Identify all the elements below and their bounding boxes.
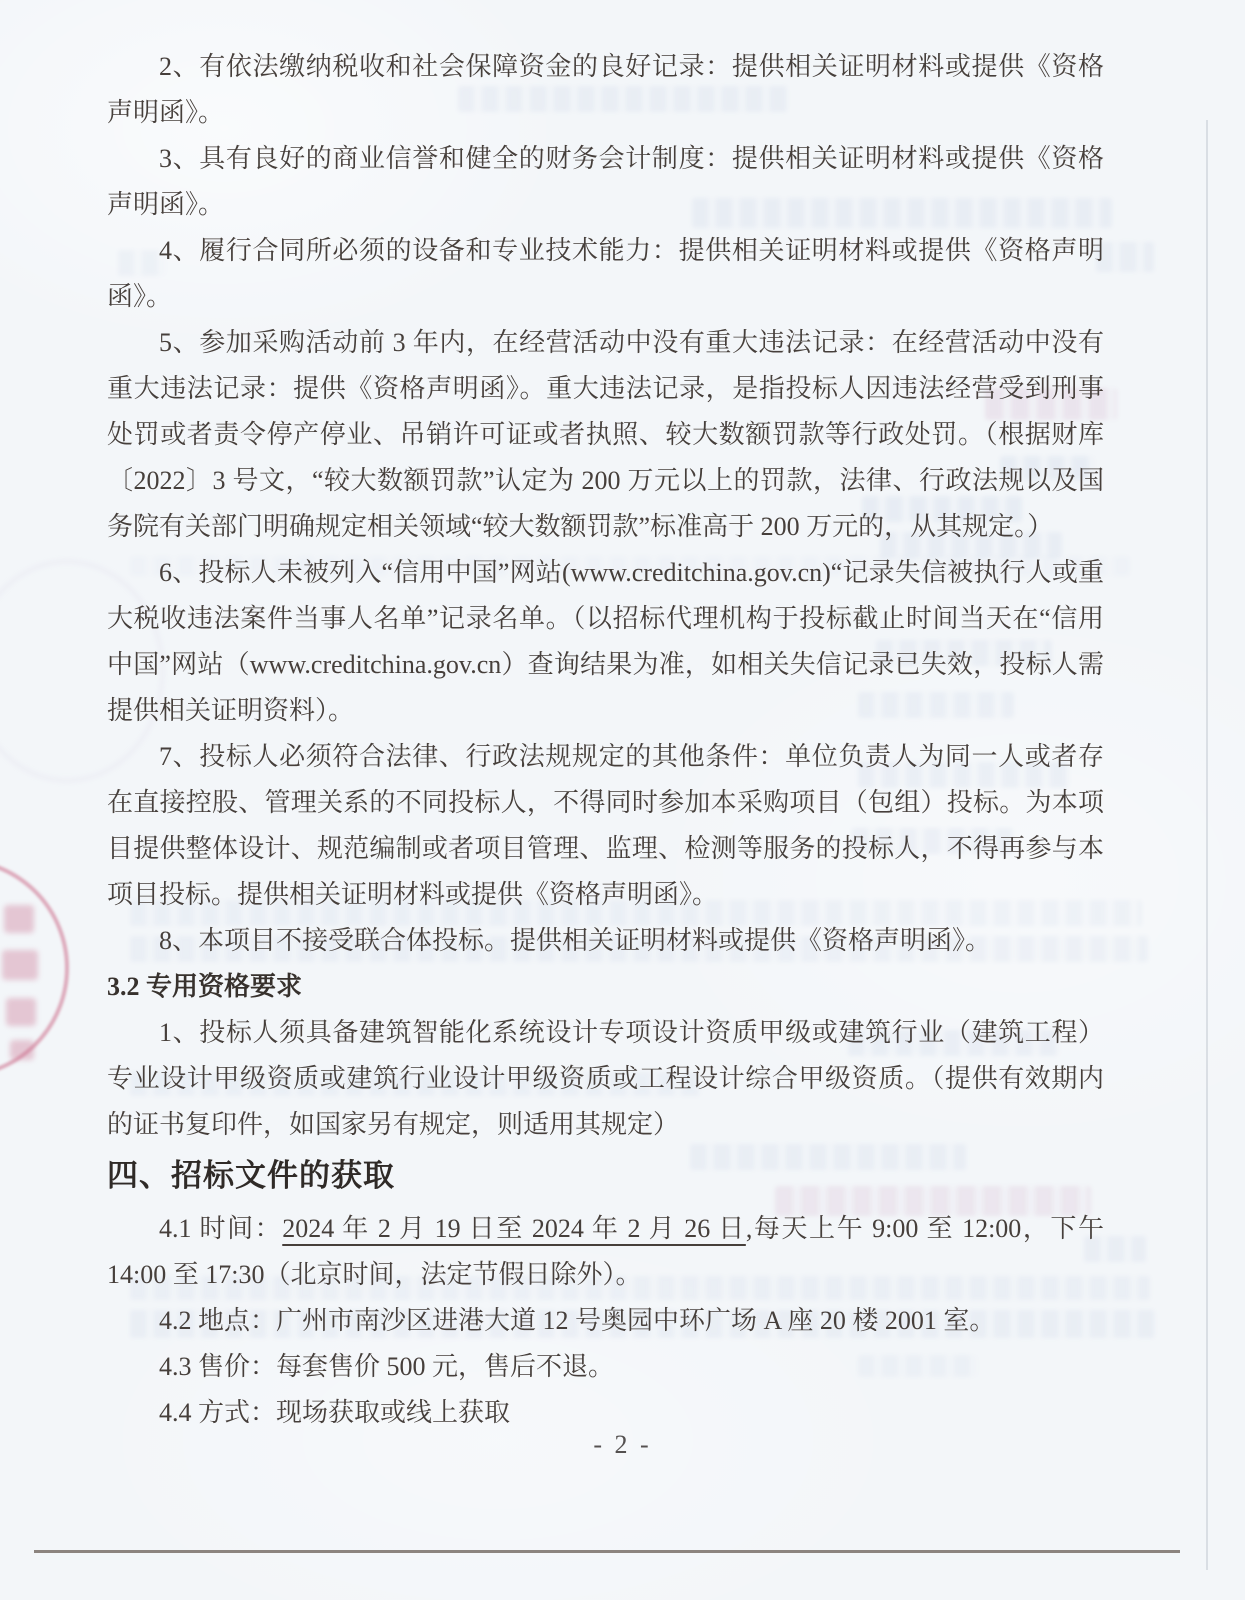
bleedthrough-smudge: [1096, 242, 1154, 272]
item-4-3: 4.3 售价：每套售价 500 元，售后不退。: [107, 1344, 1104, 1390]
clause-4-paragraph: 4、履行合同所必须的设备和专业技术能力：提供相关证明材料或提供《资格声明函》。: [107, 228, 1104, 320]
scanned-tender-document-page: 2、有依法缴纳税收和社会保障资金的良好记录：提供相关证明材料或提供《资格声明函》…: [0, 0, 1245, 1600]
clause-2-paragraph: 2、有依法缴纳税收和社会保障资金的良好记录：提供相关证明材料或提供《资格声明函》…: [107, 44, 1104, 136]
red-stamp-text-blur: [4, 905, 34, 933]
clause-5-paragraph: 5、参加采购活动前 3 年内，在经营活动中没有重大违法记录：在经营活动中没有重大…: [107, 320, 1104, 550]
red-stamp-text-blur: [10, 1040, 34, 1060]
paper-right-edge-shadow: [1206, 120, 1208, 1570]
clause-7-paragraph: 7、投标人必须符合法律、行政法规规定的其他条件：单位负责人为同一人或者存在直接控…: [107, 734, 1104, 918]
item-4-2: 4.2 地点：广州市南沙区进港大道 12 号奥园中环广场 A 座 20 楼 20…: [107, 1298, 1104, 1344]
clause-6-paragraph: 6、投标人未被列入“信用中国”网站(www.creditchina.gov.cn…: [107, 550, 1104, 734]
section-3-2-clause-1: 1、投标人须具备建筑智能化系统设计专项设计资质甲级或建筑行业（建筑工程）专业设计…: [107, 1010, 1104, 1148]
page-number: - 2 -: [0, 1430, 1245, 1460]
red-stamp-text-blur: [2, 950, 38, 980]
red-stamp-text-blur: [6, 998, 36, 1026]
item-4-1-underlined-dates: 2024 年 2 月 19 日至 2024 年 2 月 26 日: [282, 1214, 746, 1243]
document-body: 2、有依法缴纳税收和社会保障资金的良好记录：提供相关证明材料或提供《资格声明函》…: [107, 44, 1104, 1436]
clause-8-paragraph: 8、本项目不接受联合体投标。提供相关证明材料或提供《资格声明函》。: [107, 918, 1104, 964]
clause-3-paragraph: 3、具有良好的商业信誉和健全的财务会计制度：提供相关证明材料或提供《资格声明函》…: [107, 136, 1104, 228]
item-4-1-prefix: 4.1 时间：: [159, 1214, 282, 1243]
section-3-2-heading: 3.2 专用资格要求: [107, 964, 1104, 1010]
item-4-1: 4.1 时间：2024 年 2 月 19 日至 2024 年 2 月 26 日,…: [107, 1206, 1104, 1298]
paper-bottom-edge-line: [34, 1550, 1180, 1553]
section-4-heading: 四、招标文件的获取: [107, 1150, 1104, 1202]
